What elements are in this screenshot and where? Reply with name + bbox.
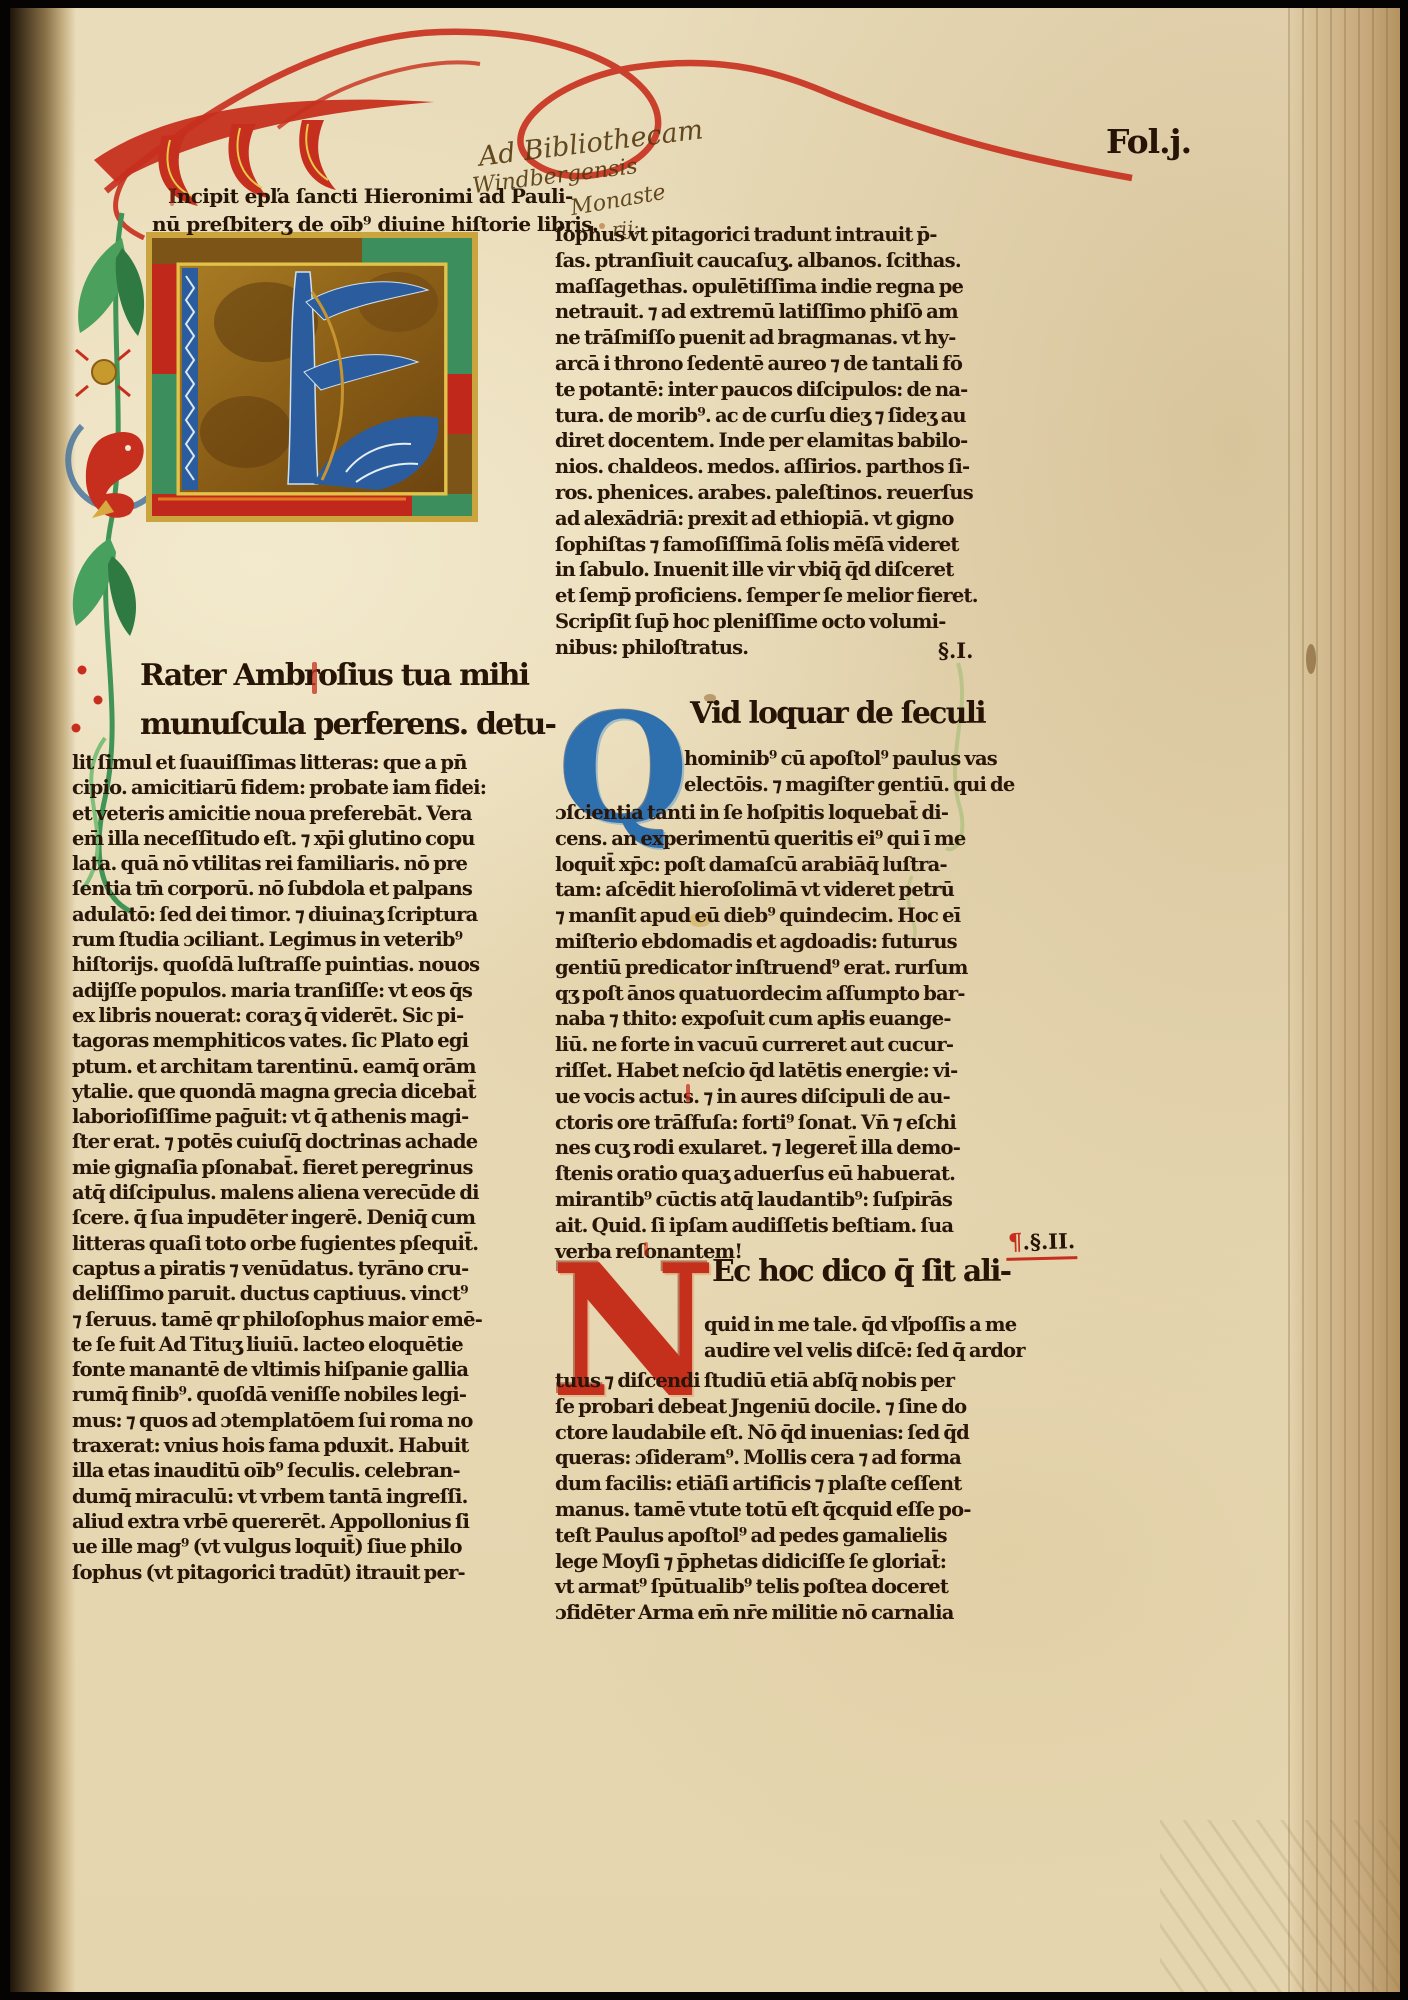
text-line: et ſemp̄ proficiens. ſemper ſe melior fi…: [555, 583, 995, 609]
text-line: mirantib⁹ cūctis atq̄ laudantib⁹: ſuſpir…: [555, 1187, 995, 1213]
text-line: riſſet. Habet neſcio q̄d latētis energie…: [555, 1058, 995, 1084]
text-line: diret docentem. Inde per elamitas babilo…: [555, 428, 995, 454]
text-line: tuus ⁊ diſcendi ſtudiū etiā abſq̄ nobis …: [555, 1368, 995, 1394]
text-line: tagoras memphiticos vates. ſic Plato egi: [72, 1028, 508, 1053]
text-line: lege Moyſi ⁊ p̄phetas didiciſſe ſe glori…: [555, 1549, 995, 1575]
text-line: maſſagethas. opulētiſſima indie regna pe: [555, 274, 995, 300]
text-line: rum ſtudia ɔciliant. Legimus in veterib⁹: [72, 927, 508, 952]
text-line: ſophus vt pitagorici tradunt intrauit p̄…: [555, 222, 995, 248]
text-line: ſcere. q̄ ſua inpudēter ingerē. Deniq̄ c…: [72, 1205, 508, 1230]
text-line: ad alexādriā: prexit ad ethiopiā. vt gig…: [555, 506, 995, 532]
text-line: hominib⁹ cū apoſtol⁹ paulus vas: [684, 746, 1004, 772]
text-line: queras: ɔſideram⁹. Mollis cera ⁊ ad form…: [555, 1445, 995, 1471]
text-line: ytalie. que quondā magna grecia dicebat̄: [72, 1079, 508, 1104]
text-line: rumq̄ finib⁹. quoſdā veniſſe nobiles leg…: [72, 1382, 508, 1407]
rubrication-stroke: [170, 186, 174, 206]
text-line: adulatō: ſed dei timor. ⁊ diuinaʒ ſcript…: [72, 902, 508, 927]
text-line: Scripſit ſup̄ hoc pleniſſime octo volumi…: [555, 609, 995, 635]
text-line: ⁊ ſeruus. tamē qr philoſophus maior emē-: [72, 1307, 508, 1332]
pilcrow-rubric: ¶: [1008, 1229, 1023, 1256]
text-line: qʒ poſt ānos quatuordecim aſſumpto bar-: [555, 981, 995, 1007]
text-line: ros. phenices. arabes. paleſtinos. reuer…: [555, 480, 995, 506]
incipit-rubric: nū preſbiterʒ de oīb⁹ diuine hiſtorie li…: [152, 212, 598, 236]
text-line: liū. ne forte in vacuū curreret aut cucu…: [555, 1032, 995, 1058]
text-line: ctoris ore trāſfuſa: forti⁹ ſonat. Vn̄ ⁊…: [555, 1110, 995, 1136]
text-line: ɔſcientia tanti in ſe hoſpitis loquebat̄…: [555, 800, 995, 826]
text-line: electōis. ⁊ magiſter gentiū. qui de: [684, 772, 1004, 798]
section-1-indent-lines: hominib⁹ cū apoſtol⁹ paulus vaselectōis.…: [684, 746, 1004, 798]
scanned-book-photo: Fol.j. Ad Bibliothecam Windbergensis Mon…: [0, 0, 1408, 2000]
left-column-text: lit ſimul et ſuauiſſimas litteras: que a…: [72, 750, 508, 1585]
text-line: ue vocis actus. ⁊ in aures diſcipuli de …: [555, 1084, 995, 1110]
text-line: dum facilis: etiāſi artificis ⁊ plaſte c…: [555, 1471, 995, 1497]
text-line: lit ſimul et ſuauiſſimas litteras: que a…: [72, 750, 508, 775]
text-line: gentiū predicator inſtruend⁹ erat. rurſu…: [555, 955, 995, 981]
section-2-text: tuus ⁊ diſcendi ſtudiū etiā abſq̄ nobis …: [555, 1368, 995, 1626]
section-2-heading: Ec hoc dico q̄ ſit ali-: [712, 1254, 1010, 1289]
rubrication-stroke: [312, 662, 317, 694]
text-line: ue ille mag⁹ (vt vulgus loquit̄) ſiue ph…: [72, 1534, 508, 1559]
text-line: loquit̄ xp̄c: poſt damaſcū arabiāq̄ luſt…: [555, 852, 995, 878]
text-line: et veteris amicitie noua preferebāt. Ver…: [72, 801, 508, 826]
text-line: quid in me tale. q̄d vľpoſſis a me: [704, 1312, 1024, 1338]
text-line: ſophiſtas ⁊ famoſiſſimā ſolis mēſā vider…: [555, 532, 995, 558]
text-line: te ſe fuit Ad Tituʒ liuiū. lacteo eloquē…: [72, 1332, 508, 1357]
text-line: naba ⁊ thito: expoſuit cum apłis euange-: [555, 1006, 995, 1032]
text-line: ſter erat. ⁊ potēs cuiuſq̄ doctrinas ach…: [72, 1129, 508, 1154]
text-line: ſe probari debeat Jngeniū docile. ⁊ ſine…: [555, 1394, 995, 1420]
text-line: litteras quaſi toto orbe fugientes pſequ…: [72, 1231, 508, 1256]
text-line: nios. chaldeos. medos. aſſirios. parthos…: [555, 454, 995, 480]
text-line: ptum. et architam tarentinū. eamq̄ orām: [72, 1054, 508, 1079]
text-line: aliud extra vrbē quererēt. Appollonius ſ…: [72, 1509, 508, 1534]
rubrication-stroke: [644, 1242, 648, 1256]
illuminated-initial-F: [146, 232, 478, 522]
section-1-text: ɔſcientia tanti in ſe hoſpitis loquebat̄…: [555, 800, 995, 1264]
text-line: ex libris nouerat: coraʒ q̄ viderēt. Sic…: [72, 1003, 508, 1028]
text-line: ſophus (vt pitagorici tradūt) itrauit pe…: [72, 1560, 508, 1585]
text-line: lata. quā nō vtilitas rei familiaris. nō…: [72, 851, 508, 876]
text-line: arcā i throno ſedentē aureo ⁊ de tantali…: [555, 351, 995, 377]
text-line: deliſſimo paruit. ductus captiuus. vinct…: [72, 1281, 508, 1306]
text-line: fonte manantē de vltimis hiſpanie gallia: [72, 1357, 508, 1382]
text-line: atq̄ diſcipulus. malens aliena verecūde …: [72, 1180, 508, 1205]
text-line: captus a piratis ⁊ venūdatus. tyrāno cru…: [72, 1256, 508, 1281]
incipit-rubric: Incipit epľa ſancti Hieronimi ad Pauli-: [168, 184, 573, 208]
section-1-heading: Vid loquar de ſeculi: [690, 696, 985, 731]
text-line: illa etas inauditū oīb⁹ ſeculis. celebra…: [72, 1458, 508, 1483]
text-line: vt armat⁹ ſpūtualib⁹ telis poſtea docere…: [555, 1574, 995, 1600]
section-2-indent-lines: quid in me tale. q̄d vľpoſſis a meaudire…: [704, 1312, 1024, 1364]
opening-heading: munuſcula perferens. detu-: [140, 707, 555, 742]
opening-heading: Rater Ambroſius tua mihi: [140, 658, 528, 693]
text-line: mus: ⁊ quos ad ɔtemplatōem ſui roma no: [72, 1408, 508, 1433]
text-line: ſas. ptranſiuit caucaſuʒ. albanos. ſcith…: [555, 248, 995, 274]
text-line: ⁊ manſit apud eū dieb⁹ quindecim. Hoc eī: [555, 903, 995, 929]
text-line: netrauit. ⁊ ad extremū latiſſimo phiſō a…: [555, 299, 995, 325]
rubrication-stroke: [686, 1084, 690, 1102]
text-line: miſterio ebdomadis et agdoadis: futurus: [555, 929, 995, 955]
text-line: adijſſe populos. maria tranſiſſe: vt eos…: [72, 978, 508, 1003]
text-line: audire vel velis diſcē: ſed q̄ ardor: [704, 1338, 1024, 1364]
text-line: manus. tamē vtute totū eſt q̄cquid eſſe …: [555, 1497, 995, 1523]
text-line: ne trāſmiſſo puenit ad bragmanas. vt hy-: [555, 325, 995, 351]
text-line: traxerat: vnius hois fama pduxit. Habuit: [72, 1433, 508, 1458]
text-line: mie gignaſia pſonabat̄. fieret peregrinu…: [72, 1155, 508, 1180]
text-line: em̄ illa neceſſitudo eſt. ⁊ xp̄i glutino…: [72, 826, 508, 851]
text-line: in ſabulo. Inuenit ille vir vbiq̄ q̄d di…: [555, 557, 995, 583]
text-line: nibus: philoſtratus.: [555, 635, 995, 661]
text-line: ſtenis oratio quaʒ aduerſus eū habuerat.: [555, 1161, 995, 1187]
text-line: ctore laudabile eſt. Nō q̄d inuenias: ſe…: [555, 1420, 995, 1446]
folio-number: Fol.j.: [1106, 122, 1191, 161]
text-line: hiſtorijs. quoſdā luſtraſſe puintias. no…: [72, 952, 508, 977]
text-line: ſentia tm̄ corporū. nō ſubdola et palpan…: [72, 876, 508, 901]
text-line: teſt Paulus apoſtol⁹ ad pedes gamalielis: [555, 1523, 995, 1549]
page: Fol.j. Ad Bibliothecam Windbergensis Mon…: [10, 8, 1400, 1992]
right-column-text: ſophus vt pitagorici tradunt intrauit p̄…: [555, 222, 995, 661]
section-2-mark: ¶.§.II.: [1006, 1227, 1078, 1261]
text-line: nes cuʒ rodi exularet. ⁊ legeret̄ illa d…: [555, 1135, 995, 1161]
text-line: ɔfidēter Arma em̄ nr̄e militie nō carnal…: [555, 1600, 995, 1626]
text-line: laborioſiſſime paḡuit: vt q̄ athenis mag…: [72, 1104, 508, 1129]
section-2-mark-text: .§.II.: [1022, 1228, 1075, 1254]
text-line: tam: aſcēdit hieroſolimā vt videret petr…: [555, 877, 995, 903]
text-line: cipio. amicitiarū fidem: probate iam fid…: [72, 775, 508, 800]
section-1-mark: §.I.: [938, 638, 973, 663]
text-line: cens. an experimentū queritis ei⁹ qui ī …: [555, 826, 995, 852]
text-line: tura. de morib⁹. ac de curſu dieʒ ⁊ ſide…: [555, 403, 995, 429]
text-line: te potantē: inter paucos diſcipulos: de …: [555, 377, 995, 403]
text-line: dumq̄ miraculū: vt vrbem tantā ingreſſi.: [72, 1484, 508, 1509]
